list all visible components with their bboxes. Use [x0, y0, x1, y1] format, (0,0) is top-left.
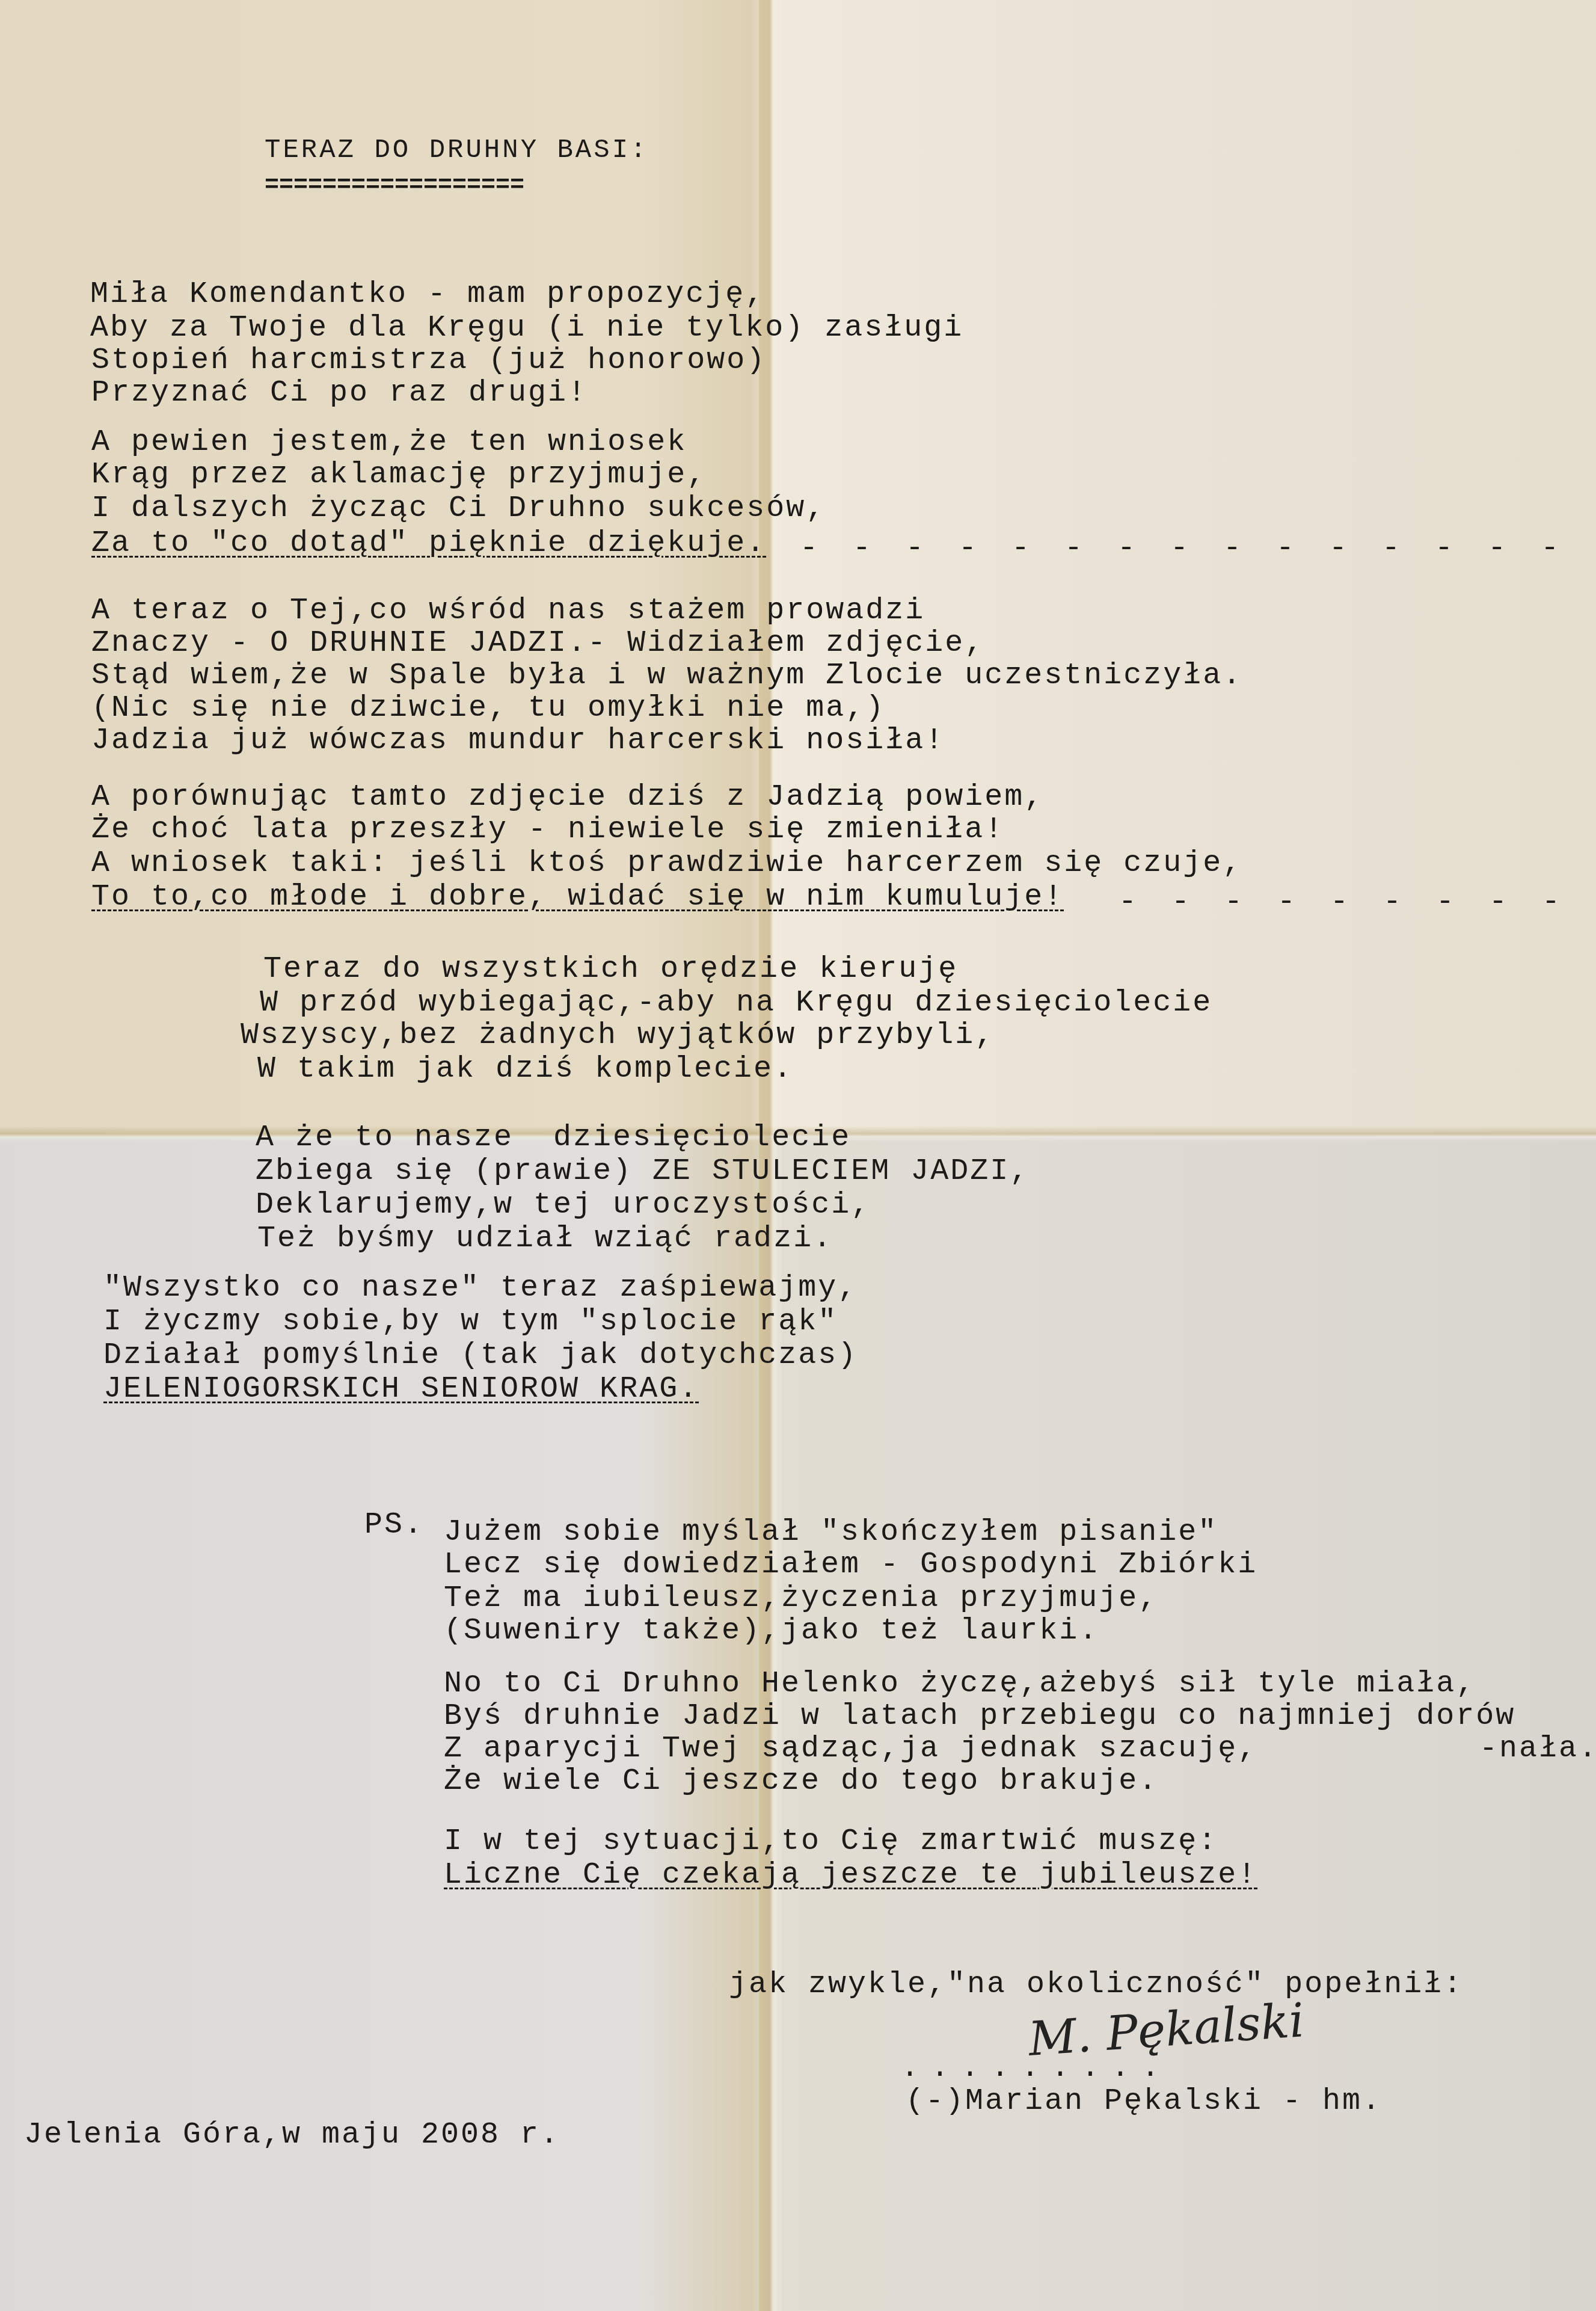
verse-line: Przyznać Ci po raz drugi!: [91, 377, 588, 410]
closing-intro: jak zwykle,"na okoliczność" popełnił:: [729, 1968, 1463, 2002]
margin-note: -nała.: [1479, 1732, 1596, 1766]
verse-line: Stopień harcmistrza (już honorowo): [91, 344, 766, 378]
document-title: TERAZ DO DRUHNY BASI:: [265, 134, 649, 167]
signature-dotted-line: .........: [901, 2051, 1171, 2085]
verse-line: A wniosek taki: jeśli ktoś prawdziwie ha…: [91, 847, 1242, 881]
verse-line: W przód wybiegając,-aby na Kręgu dziesię…: [260, 986, 1212, 1020]
verse-line: (Suweniry także),jako też laurki.: [444, 1614, 1099, 1648]
verse-line: Też byśmy udział wziąć radzi.: [257, 1222, 833, 1256]
verse-line: Wszyscy,bez żadnych wyjątków przybyli,: [241, 1019, 995, 1053]
verse-line: No to Ci Druhno Helenko życzę,ażebyś sił…: [444, 1667, 1476, 1701]
verse-line: Stąd wiem,że w Spale była i w ważnym Zlo…: [91, 659, 1242, 693]
place-and-date: Jelenia Góra,w maju 2008 r.: [24, 2119, 560, 2152]
verse-line: Teraz do wszystkich orędzie kieruję: [263, 953, 958, 986]
ps-label: PS.: [364, 1509, 424, 1542]
author-name: (-)Marian Pękalski - hm.: [906, 2085, 1382, 2119]
verse-line: I w tej sytuacji,to Cię zmartwić muszę:: [444, 1825, 1218, 1859]
verse-line-underlined: JELENIOGORSKICH SENIOROW KRAG.: [103, 1373, 699, 1406]
verse-line: Krąg przez aklamację przyjmuje,: [91, 458, 707, 492]
title-double-underline: ==================: [265, 170, 524, 203]
verse-line-underlined: Liczne Cię czekają jeszcze te jubileusze…: [444, 1859, 1257, 1892]
verse-line: A że to nasze dziesięciolecie: [256, 1121, 851, 1155]
verse-line: Jużem sobie myślał "skończyłem pisanie": [444, 1516, 1218, 1549]
verse-line: Byś druhnie Jadzi w latach przebiegu co …: [444, 1700, 1515, 1734]
verse-line: Miła Komendantko - mam propozycję,: [90, 278, 765, 312]
verse-line: Że wiele Ci jeszcze do tego brakuje.: [444, 1765, 1158, 1799]
verse-line: Zbiega się (prawie) ZE STULECIEM JADZI,: [256, 1155, 1030, 1189]
verse-line: (Nic się nie dziwcie, tu omyłki nie ma,): [91, 692, 885, 725]
verse-line: Też ma iubileusz,życzenia przyjmuje,: [444, 1582, 1158, 1616]
verse-line: "Wszystko co nasze" teraz zaśpiewajmy,: [103, 1272, 858, 1305]
verse-line: Znaczy - O DRUHNIE JADZI.- Widziałem zdj…: [91, 627, 984, 660]
verse-line: I dalszych życząc Ci Druhno sukcesów,: [91, 492, 826, 526]
verse-line-underlined: Za to "co dotąd" pięknie dziękuje.: [91, 527, 766, 561]
dashed-separator: - - - - - - - - - - - - - - - - - - - - …: [800, 532, 1596, 565]
verse-line: Z aparycji Twej sądząc,ja jednak szacuję…: [444, 1732, 1257, 1766]
verse-line: A porównując tamto zdjęcie dziś z Jadzią…: [91, 781, 1044, 814]
verse-line: Jadzia już wówczas mundur harcerski nosi…: [91, 724, 945, 758]
verse-line: W takim jak dziś komplecie.: [257, 1053, 793, 1086]
verse-line-underlined: To to,co młode i dobre, widać się w nim …: [91, 881, 1064, 914]
verse-line: Że choć lata przeszły - niewiele się zmi…: [91, 813, 1004, 847]
verse-line: I życzmy sobie,by w tym "splocie rąk": [103, 1305, 838, 1339]
verse-line: Lecz się dowiedziałem - Gospodyni Zbiórk…: [444, 1548, 1257, 1582]
dashed-separator: - - - - - - - - -: [1119, 885, 1568, 919]
verse-line: A teraz o Tej,co wśród nas stażem prowad…: [91, 594, 925, 628]
verse-line: Deklarujemy,w tej uroczystości,: [256, 1189, 871, 1222]
verse-line: Aby za Twoje dla Kręgu (i nie tylko) zas…: [90, 312, 963, 345]
verse-line: Działał pomyślnie (tak jak dotychczas): [103, 1339, 858, 1373]
verse-line: A pewien jestem,że ten wniosek: [91, 426, 687, 460]
